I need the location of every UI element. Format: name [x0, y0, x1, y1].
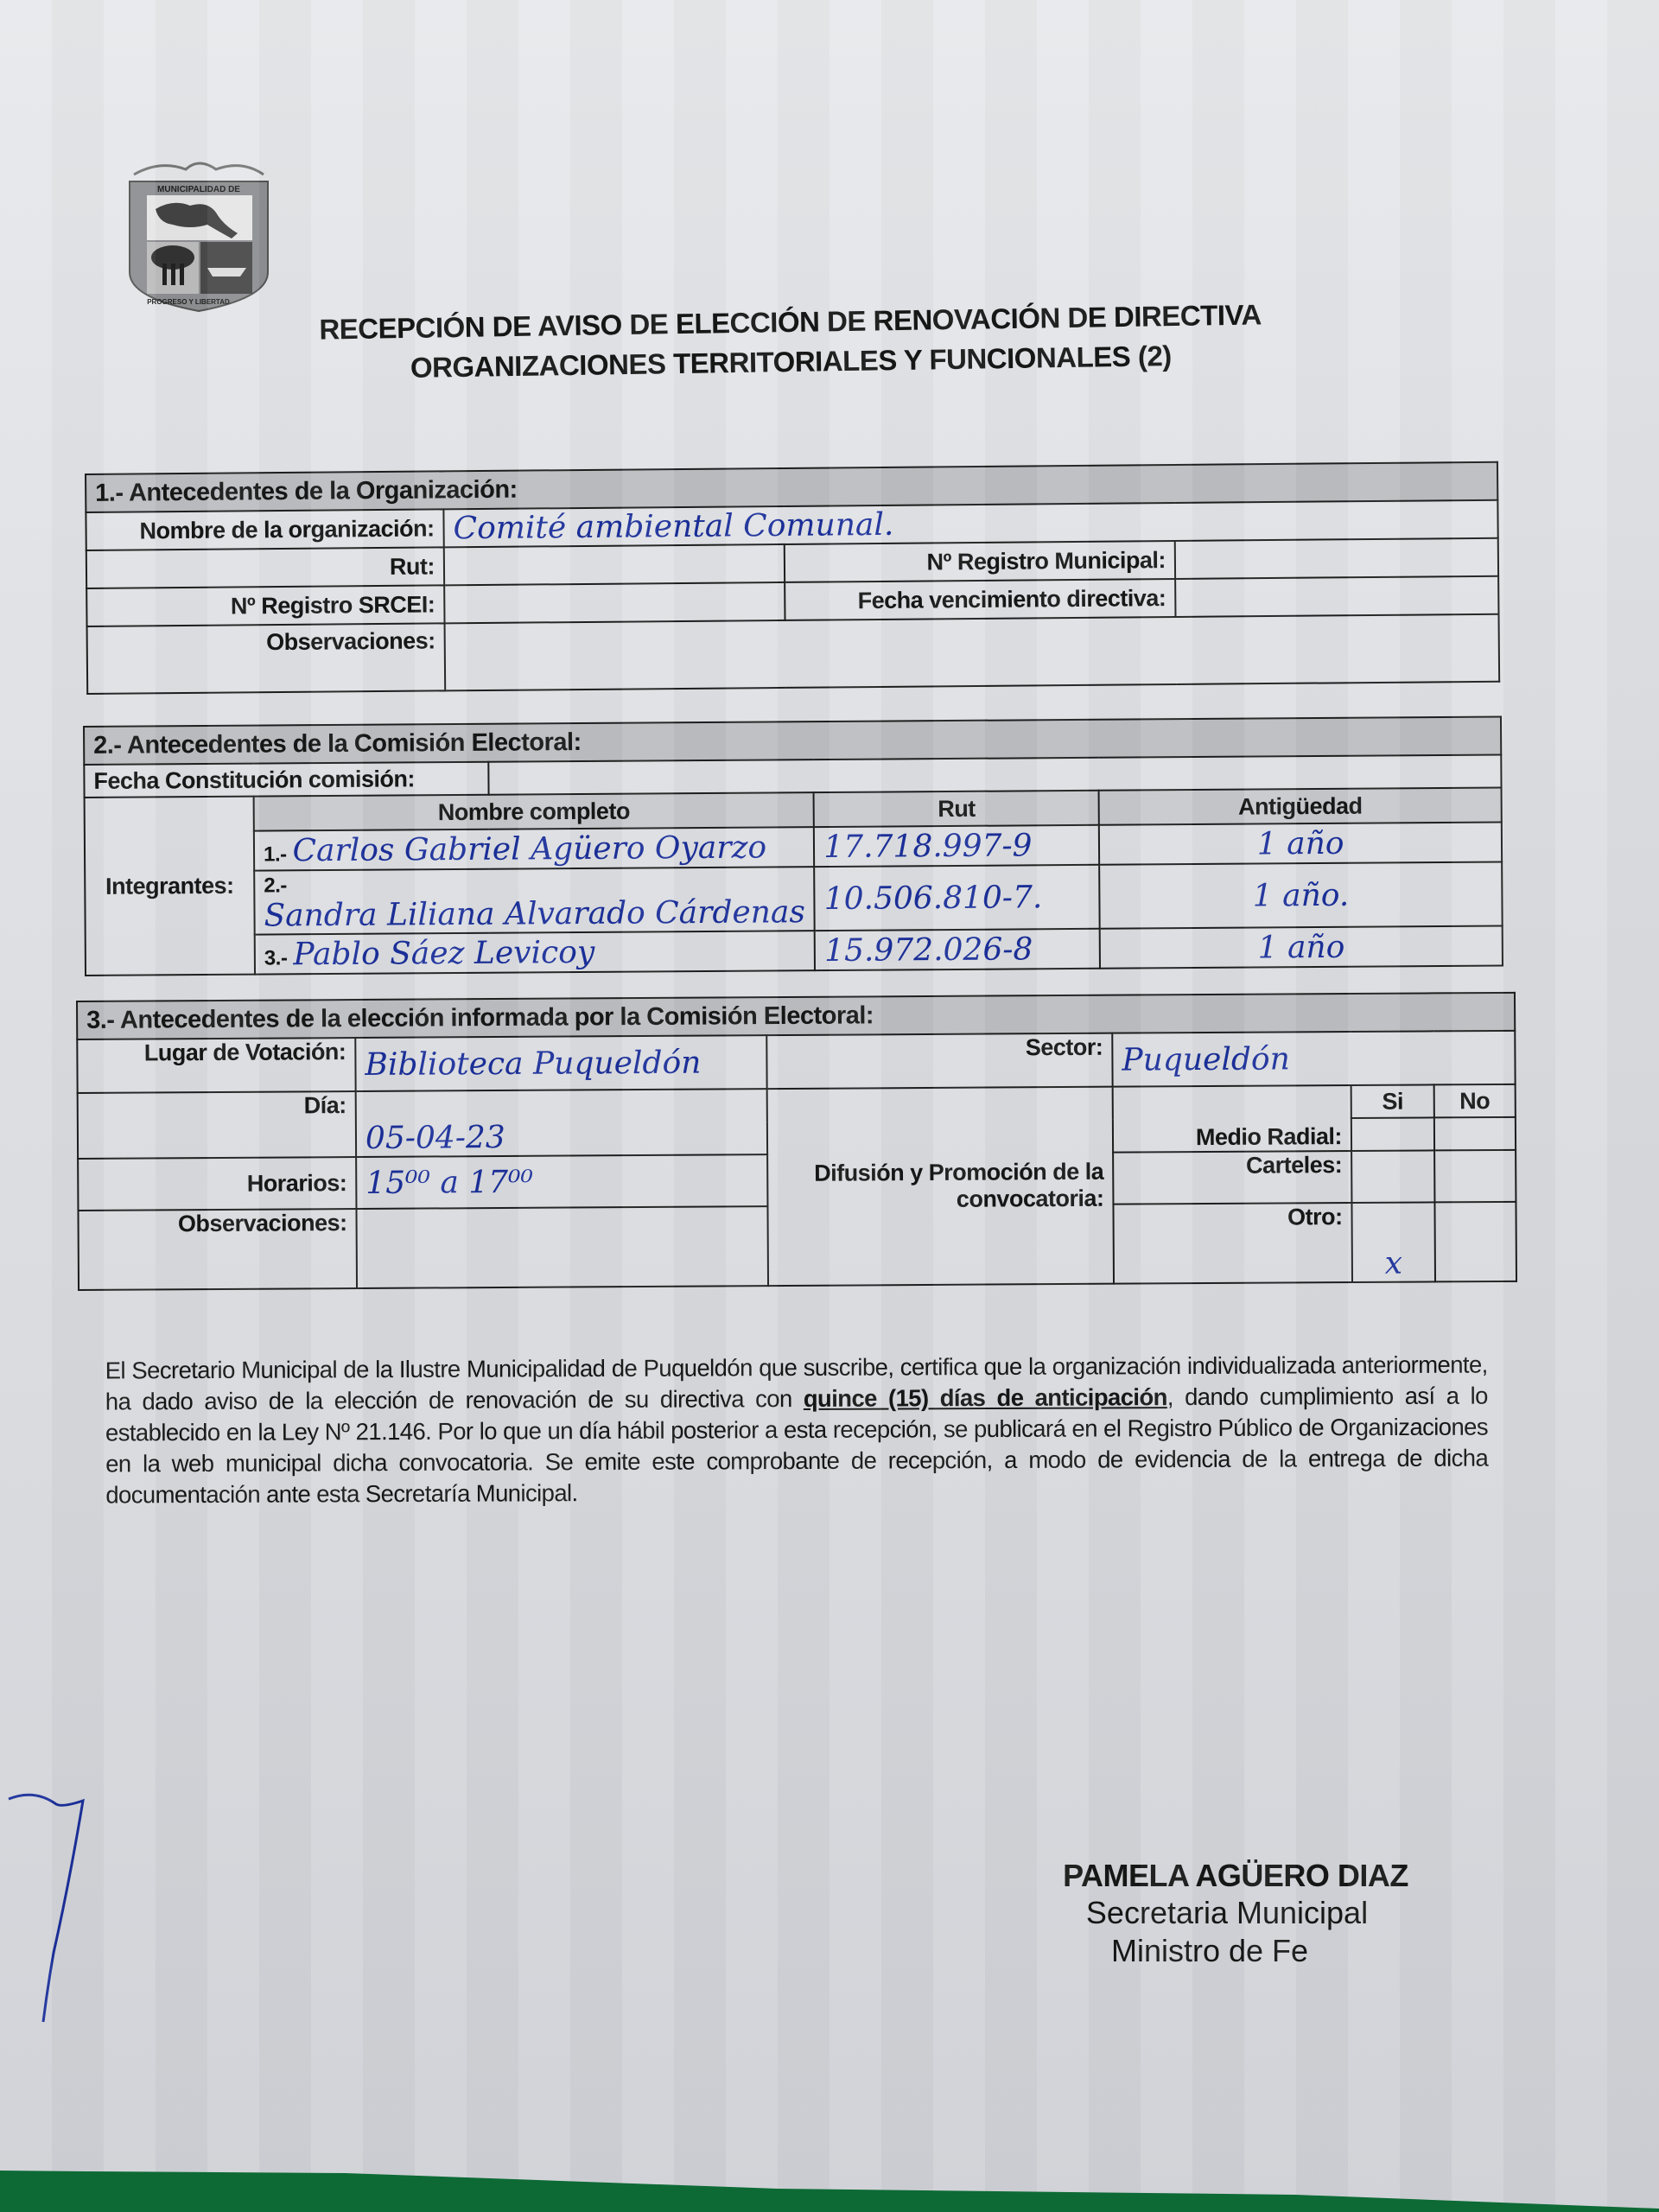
- rut-field[interactable]: [444, 544, 785, 585]
- member-rut-field[interactable]: 10.506.810-7.: [814, 865, 1100, 931]
- municipal-registry-field[interactable]: [1175, 538, 1498, 579]
- member-number: 3.-: [264, 946, 288, 969]
- table-row: 2.- Sandra Liliana Alvarado Cárdenas 10.…: [85, 862, 1502, 936]
- svg-text:PROGRESO Y LIBERTAD: PROGRESO Y LIBERTAD: [147, 298, 230, 306]
- members-label: Integrantes:: [85, 797, 255, 976]
- commission-date-label: Fecha Constitución comisión:: [84, 762, 488, 798]
- voting-place-field[interactable]: Biblioteca Puqueldón: [355, 1035, 766, 1091]
- municipal-registry-label: Nº Registro Municipal:: [785, 541, 1175, 582]
- observations-label: Observaciones:: [87, 623, 446, 694]
- electoral-commission-section: 2.- Antecedentes de la Comisión Electora…: [83, 716, 1503, 976]
- board-expiry-field[interactable]: [1175, 576, 1498, 617]
- member-seniority-field[interactable]: 1 año: [1099, 823, 1502, 865]
- no-column-header: No: [1434, 1084, 1516, 1118]
- day-label: Día:: [78, 1091, 356, 1159]
- member-seniority-field[interactable]: 1 año: [1100, 926, 1503, 969]
- member-rut-field[interactable]: 17.718.997-9: [814, 825, 1099, 867]
- observations-field[interactable]: [445, 614, 1500, 691]
- radio-yes-checkbox[interactable]: [1351, 1117, 1434, 1151]
- posters-yes-checkbox[interactable]: [1351, 1150, 1434, 1203]
- schedule-field[interactable]: 15⁰⁰ a 17⁰⁰: [356, 1154, 767, 1209]
- board-expiry-label: Fecha vencimiento directiva:: [785, 579, 1175, 620]
- sector-field[interactable]: Puqueldón: [1112, 1031, 1515, 1087]
- promotion-label: Difusión y Promoción de la convocatoria:: [767, 1087, 1114, 1286]
- signature-block: PAMELA AGÜERO DIAZ Secretaria Municipal …: [1046, 1858, 1408, 1970]
- election-observations-field[interactable]: [356, 1206, 768, 1288]
- column-header-seniority: Antigüedad: [1099, 788, 1502, 825]
- election-observations-label: Observaciones:: [78, 1209, 357, 1290]
- srcei-registry-label: Nº Registro SRCEI:: [86, 585, 444, 626]
- schedule-label: Horarios:: [78, 1157, 356, 1211]
- election-details-section: 3.- Antecedentes de la elección informad…: [76, 992, 1517, 1291]
- organization-section: 1.- Antecedentes de la Organización: Nom…: [85, 461, 1500, 695]
- signatory-role: Secretaria Municipal: [1046, 1894, 1408, 1932]
- other-no-checkbox[interactable]: [1434, 1202, 1516, 1282]
- srcei-registry-field[interactable]: [444, 582, 785, 623]
- signatory-title: Ministro de Fe: [1011, 1932, 1408, 1970]
- member-name-field[interactable]: Pablo Sáez Levicoy: [293, 934, 594, 971]
- pen-mark-icon: [0, 1780, 104, 2039]
- column-header-name: Nombre completo: [254, 792, 815, 831]
- signatory-name: PAMELA AGÜERO DIAZ: [1063, 1858, 1408, 1894]
- yes-column-header: Si: [1351, 1084, 1434, 1118]
- other-yes-checkbox[interactable]: x: [1351, 1202, 1435, 1282]
- radio-no-checkbox[interactable]: [1434, 1117, 1516, 1151]
- notice-period-emphasis: quince (15) días de anticipación: [804, 1383, 1167, 1412]
- posters-label: Carteles:: [1113, 1151, 1351, 1205]
- member-seniority-field[interactable]: 1 año.: [1099, 862, 1502, 929]
- other-label: Otro:: [1113, 1203, 1352, 1284]
- municipal-coat-of-arms-icon: MUNICIPALIDAD DE PROGRESO Y LIBERTAD: [121, 156, 276, 320]
- rut-label: Rut:: [86, 547, 444, 588]
- member-name-field[interactable]: Sandra Liliana Alvarado Cárdenas: [264, 894, 805, 933]
- day-field[interactable]: 05-04-23: [356, 1089, 767, 1157]
- svg-text:MUNICIPALIDAD DE: MUNICIPALIDAD DE: [157, 185, 240, 194]
- radio-label: Medio Radial:: [1113, 1085, 1351, 1153]
- posters-no-checkbox[interactable]: [1434, 1150, 1516, 1203]
- org-name-label: Nombre de la organización:: [86, 509, 443, 550]
- member-rut-field[interactable]: 15.972.026-8: [815, 929, 1100, 970]
- document-title: RECEPCIÓN DE AVISO DE ELECCIÓN DE RENOVA…: [293, 295, 1287, 390]
- member-number: 2.-: [264, 874, 287, 897]
- paper-document: MUNICIPALIDAD DE PROGRESO Y LIBERTAD REC…: [0, 0, 1659, 2212]
- voting-place-label: Lugar de Votación:: [77, 1038, 355, 1093]
- sector-label: Sector:: [766, 1033, 1112, 1089]
- column-header-rut: Rut: [814, 791, 1099, 827]
- member-number: 1.-: [264, 842, 287, 866]
- member-name-field[interactable]: Carlos Gabriel Agüero Oyarzo: [292, 829, 766, 868]
- certification-text: El Secretario Municipal de la Ilustre Mu…: [105, 1350, 1489, 1511]
